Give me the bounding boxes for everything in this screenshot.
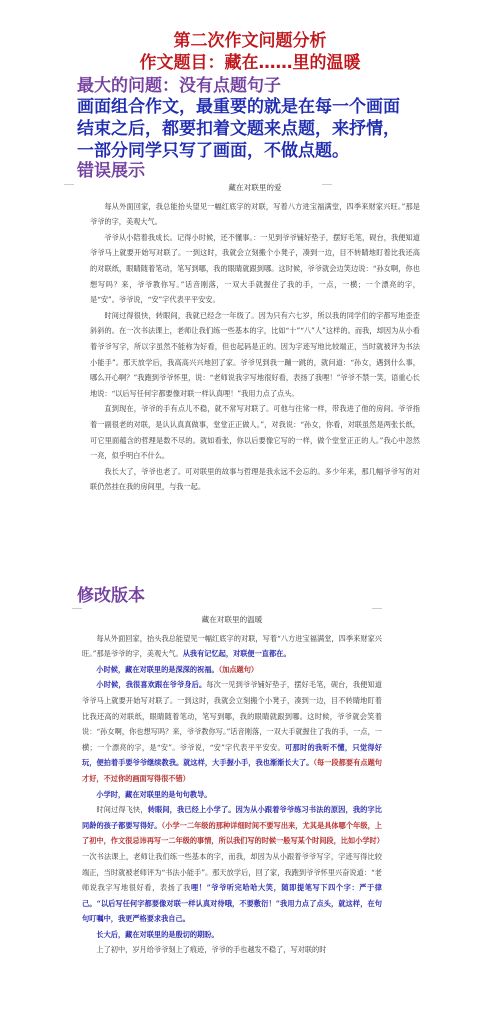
explanation-line: 结束之后，都要扣着文题来点题，来抒情， [77, 118, 437, 140]
explanation-line: 画面组合作文，最重要的就是在每一个画面 [77, 96, 437, 118]
essay-paragraph: 时间过得很快，转眼间，我就已经念一年级了。因为只有六七岁，所以我的同学们的字都写… [90, 308, 420, 402]
revised-section-label: 修改版本 [77, 585, 145, 607]
revision-text: 小时候，我很喜欢跟在爷爷身后。 [96, 680, 206, 689]
problem-explanation: 画面组合作文，最重要的就是在每一个画面 结束之后，都要扣着文题来点题，来抒情， … [77, 96, 437, 162]
page-corner-mark [372, 608, 382, 609]
plain-text: 时间过得飞快， [96, 805, 147, 814]
page-corner-mark [72, 608, 82, 609]
essay-paragraph: 每从外面回家，我总能抬头望见一幅红底字的对联，写着八方进宝福满堂，四季来财家兴旺… [90, 199, 420, 230]
revised-essay: 藏在对联里的温暖 每从外面回家，抬头我总能望见一幅红底字的对联，写着“八方进宝福… [82, 612, 382, 958]
essay-title: 藏在对联里的爱 [90, 180, 420, 196]
essay-topic: 作文题目：藏在……里的温暖 [0, 52, 500, 74]
error-essay: 藏在对联里的爱 每从外面回家，我总能抬头望见一幅红底字的对联，写着八方进宝福满堂… [90, 180, 420, 495]
revision-text: 长大后，藏在对联里的是殷切的期盼。 [96, 930, 218, 939]
teacher-note: （加点题句） [219, 665, 259, 674]
page-title: 第二次作文问题分析 [0, 30, 500, 52]
essay-paragraph: 每从外面回家，抬头我总能望见一幅红底字的对联，写着“八方进宝福满堂，四季来财家兴… [82, 631, 382, 662]
revision-text: 小时候，藏在对联里的是深深的祝福。 [96, 665, 218, 674]
revision-text: 小学时，藏在对联里的是句句教导。 [96, 790, 211, 799]
essay-paragraph: 时间过得飞快，转眼间，我已经上小学了。因为从小跟着爷爷练习书法的原因，我的字比同… [82, 802, 382, 927]
essay-paragraph: 我长大了，爷爷也老了。可对联里的故事与哲理是我永远不会忘的。多少年来，那几幅爷爷… [90, 464, 420, 495]
plain-text: 每次一见到爷爷铺好垫子，摆好毛笔，砚台，我便知道爷爷马上就要开始写对联了。一到这… [82, 680, 382, 751]
essay-paragraph: 上了初中，岁月给爷爷刻上了痕迹，爷爷的手也越发不稳了，写对联的时 [82, 942, 382, 958]
error-section-label: 错误展示 [77, 160, 145, 182]
essay-paragraph: 小时候，我很喜欢跟在爷爷身后。每次一见到爷爷铺好垫子，摆好毛笔，砚台，我便知道爷… [82, 677, 382, 786]
main-problem: 最大的问题：没有点题句子 [77, 75, 281, 97]
topic-sentence: 长大后，藏在对联里的是殷切的期盼。 [82, 927, 382, 943]
topic-sentence: 小时候，藏在对联里的是深深的祝福。（加点题句） [82, 662, 382, 678]
essay-paragraph: 直到现在，爷爷的手有点儿不稳，就不常写对联了。可他与往常一样，带我进了他的房间。… [90, 401, 420, 463]
revision-text: 从我有记忆起，对联便一直都在。 [183, 649, 291, 658]
page-corner-mark [64, 184, 74, 185]
essay-title: 藏在对联里的温暖 [82, 612, 382, 628]
essay-paragraph: 爷爷从小陪着我成长。记得小时候，还不懂事。：一见到爷爷铺好垫子，摆好毛笔，砚台，… [90, 230, 420, 308]
plain-text: 上了初中，岁月给爷爷刻上了痕迹，爷爷的手也越发不稳了，写对联的时 [96, 945, 326, 954]
explanation-line: 一部分同学只写了画面，不做点题。 [77, 140, 437, 162]
topic-sentence: 小学时，藏在对联里的是句句教导。 [82, 787, 382, 803]
